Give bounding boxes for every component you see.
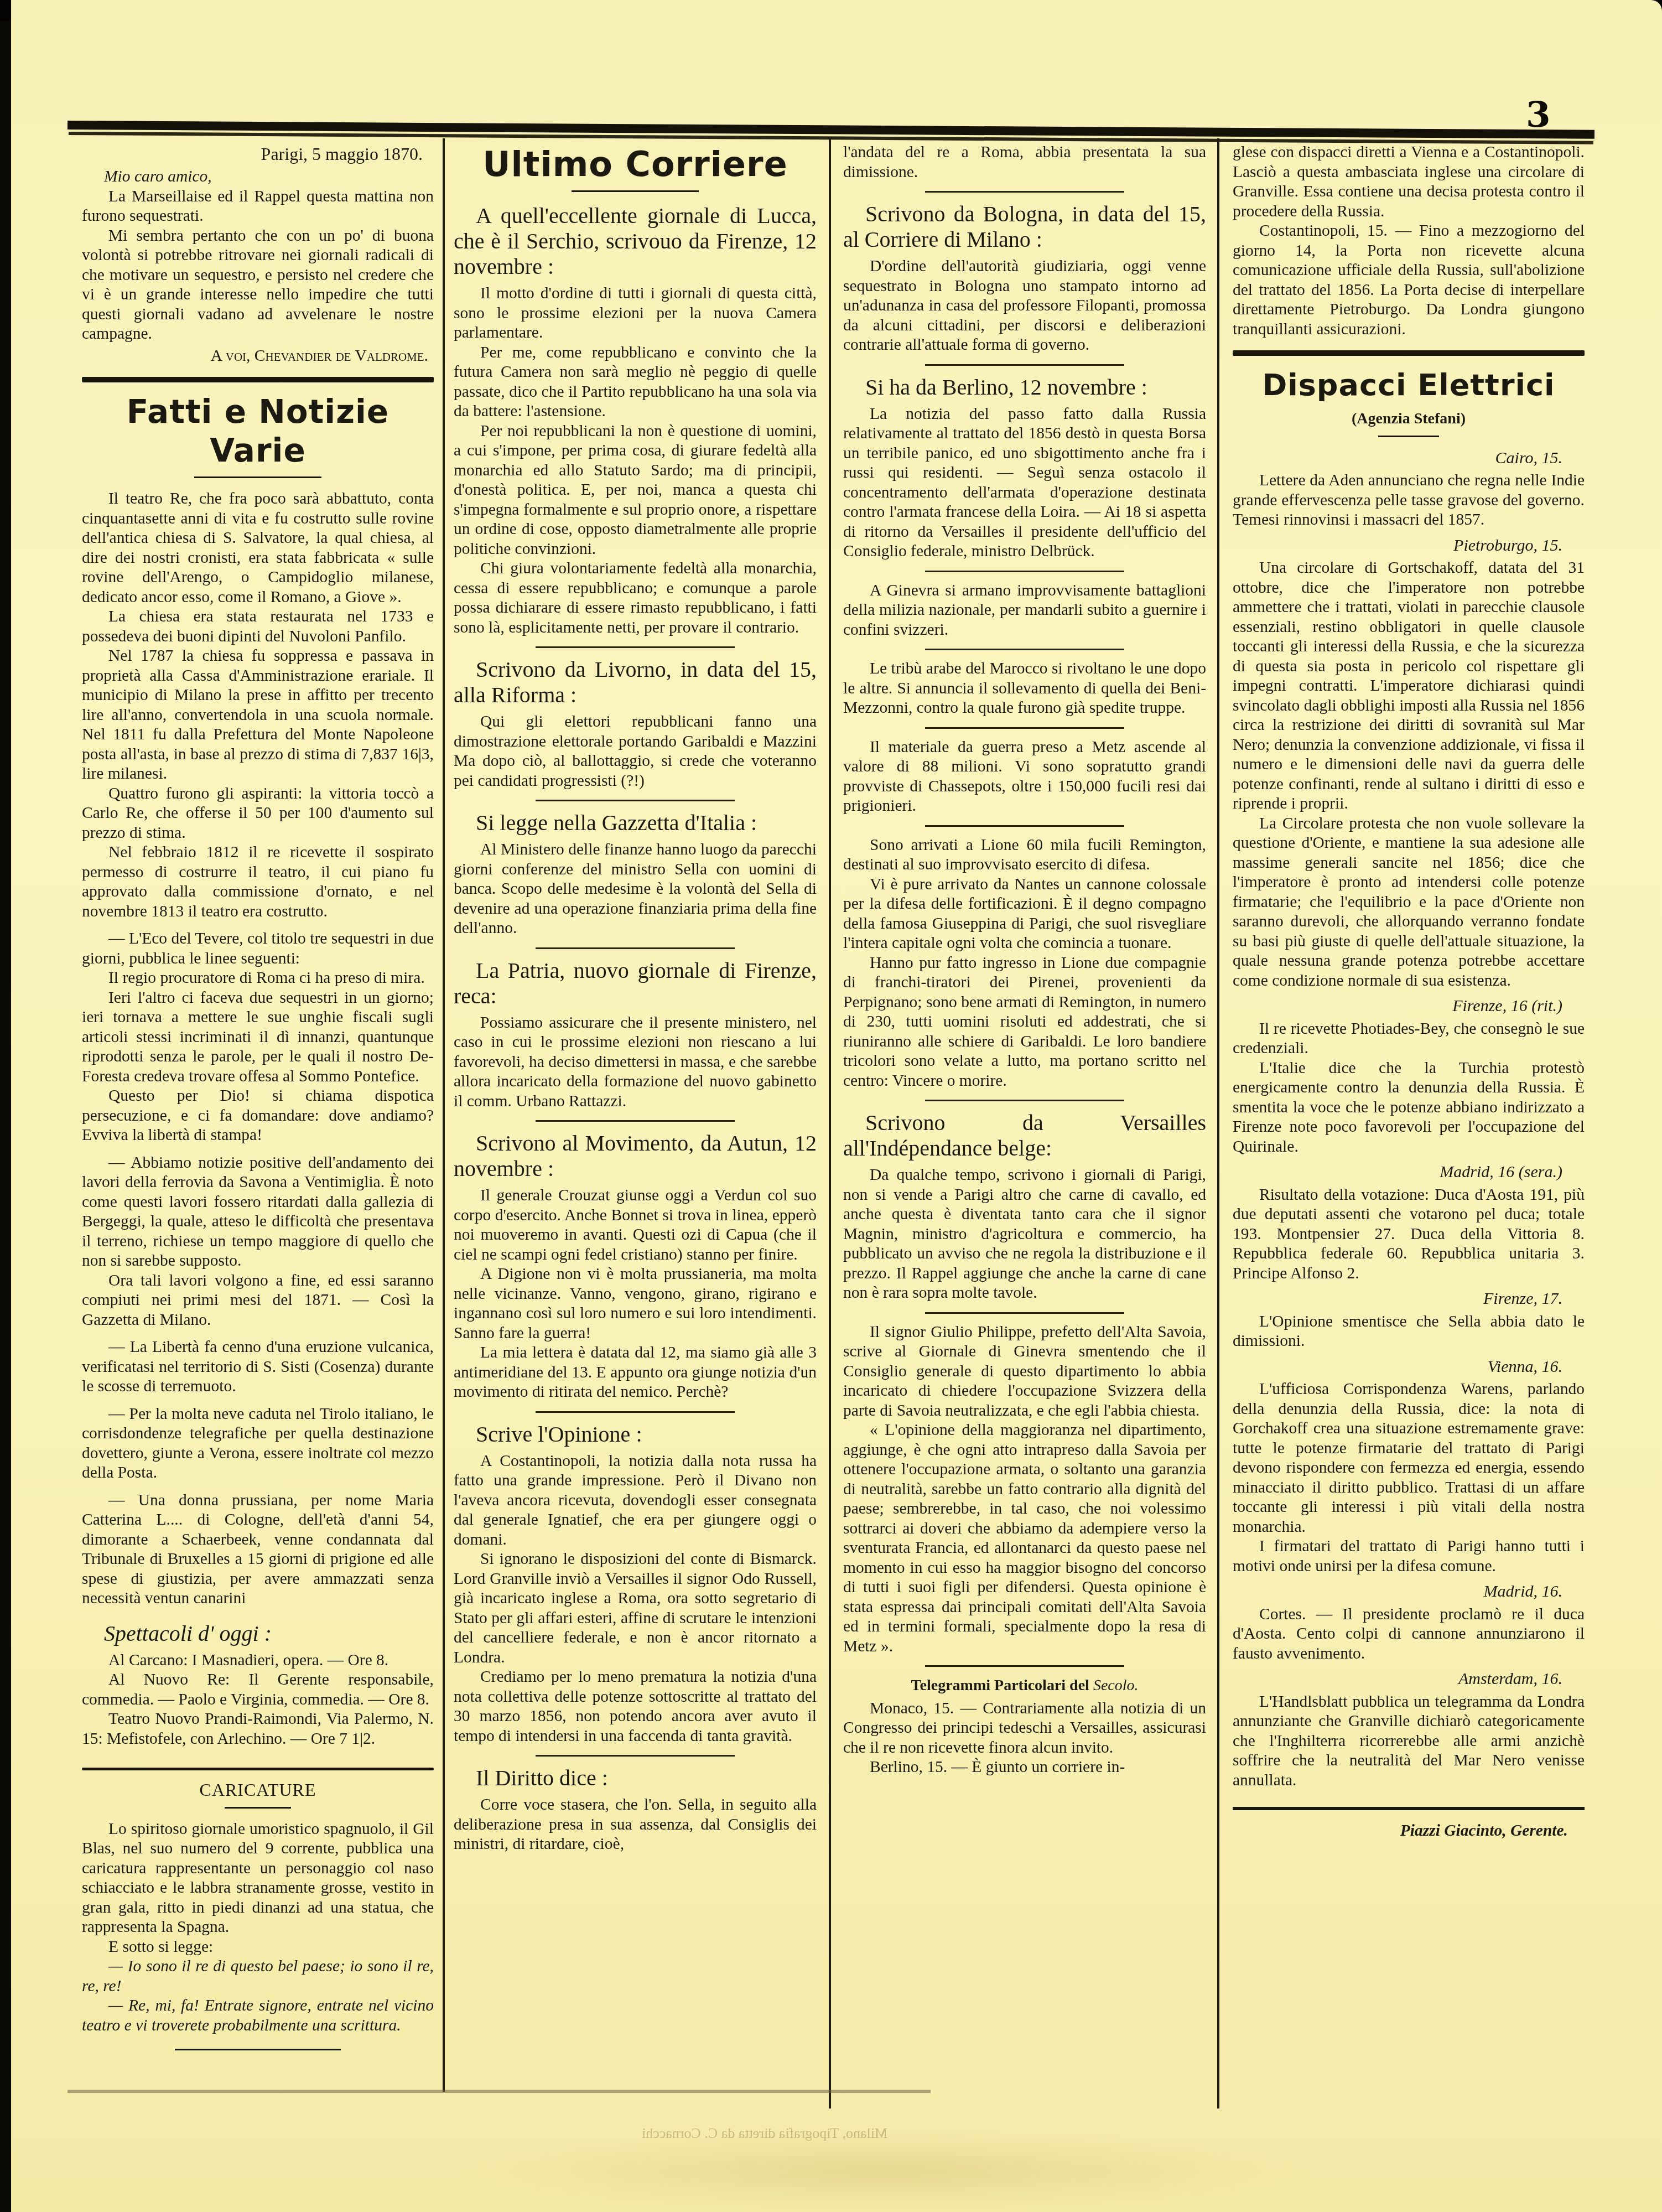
article-paragraph: La notizia del passo fatto dalla Russia … bbox=[843, 405, 1206, 562]
news-paragraph: — L'Eco del Tevere, col titolo tre seque… bbox=[82, 929, 434, 968]
section-rule bbox=[925, 1665, 1124, 1667]
paper-stain bbox=[443, 2131, 1328, 2212]
end-rule bbox=[1233, 1807, 1585, 1810]
article-heading: Scrivono da Livorno, in data del 15, all… bbox=[454, 657, 817, 708]
fatti-articles: Il teatro Re, che fra poco sarà abbattut… bbox=[82, 489, 434, 1609]
article-paragraph: Da qualche tempo, scrivono i giornali di… bbox=[843, 1165, 1206, 1303]
caricature-paragraph: — Io sono il re di questo bel paese; io … bbox=[82, 1957, 434, 1996]
article-heading: Scrivono da Bologna, in data del 15, al … bbox=[843, 201, 1206, 252]
dispatch-dateline: Cairo, 15. bbox=[1233, 448, 1562, 468]
dispatch-paragraph: La Circolare protesta che non vuole soll… bbox=[1233, 814, 1585, 991]
article-paragraph: Le tribù arabe del Marocco si rivoltano … bbox=[843, 659, 1206, 718]
dispatch-paragraph: L'Handlsblatt pubblica un telegramma da … bbox=[1233, 1692, 1585, 1791]
spettacolo-item: Teatro Nuovo Prandi-Raimondi, Via Palerm… bbox=[82, 1709, 434, 1749]
section-rule bbox=[536, 1411, 735, 1413]
article-paragraph: A Digione non vi è molta prussianeria, m… bbox=[454, 1265, 817, 1343]
section-rule bbox=[536, 1120, 735, 1122]
article-paragraph: Il signor Giulio Philippe, prefetto dell… bbox=[843, 1323, 1206, 1421]
section-rule bbox=[925, 571, 1124, 572]
article-heading: La Patria, nuovo giornale di Firenze, re… bbox=[454, 958, 817, 1009]
title-underline bbox=[194, 476, 321, 478]
article-paragraph: Al Ministero delle finanze hanno luogo d… bbox=[454, 840, 817, 939]
news-paragraph: — La Libertà fa cenno d'una eruzione vul… bbox=[82, 1338, 434, 1397]
news-paragraph: Ora tali lavori volgono a fine, ed essi … bbox=[82, 1271, 434, 1330]
column-divider-1 bbox=[443, 138, 445, 2092]
news-paragraph: La chiesa era stata restaurata nel 1733 … bbox=[82, 607, 434, 646]
dispacci-agency: (Agenzia Stefani) bbox=[1233, 409, 1585, 429]
section-rule bbox=[536, 646, 735, 648]
article-heading: Si legge nella Gazzetta d'Italia : bbox=[454, 810, 817, 836]
dispatch-dateline: Vienna, 16. bbox=[1233, 1357, 1562, 1377]
article-paragraph: La mia lettera è datata dal 12, ma siamo… bbox=[454, 1343, 817, 1402]
end-rule bbox=[175, 2049, 341, 2050]
letter-dateline: Parigi, 5 maggio 1870. bbox=[82, 143, 423, 165]
article-paragraph: Si ignorano le disposizioni del conte di… bbox=[454, 1550, 817, 1667]
letter-paragraph: La Marseillaise ed il Rappel questa matt… bbox=[82, 187, 434, 226]
article-heading: Scrive l'Opinione : bbox=[454, 1422, 817, 1447]
section-rule bbox=[1233, 350, 1585, 356]
caricature-article: Lo spiritoso giornale umoristico spagnuo… bbox=[82, 1820, 434, 2036]
article-heading: Il Diritto dice : bbox=[454, 1765, 817, 1791]
dispatch-dateline: Madrid, 16. bbox=[1233, 1582, 1562, 1602]
news-paragraph: — Per la molta neve caduta nel Tirolo it… bbox=[82, 1405, 434, 1483]
title-underline bbox=[225, 1807, 291, 1809]
dispatch-paragraph: L'Italie dice che la Turchia protestò en… bbox=[1233, 1059, 1585, 1157]
article-heading: Scrivono al Movimento, da Autun, 12 nove… bbox=[454, 1131, 817, 1182]
news-paragraph: Il regio procuratore di Roma ci ha preso… bbox=[82, 968, 434, 988]
news-paragraph: — Una donna prussiana, per nome Maria Ca… bbox=[82, 1491, 434, 1609]
ultimo-corriere-sections: A quell'eccellente giornale di Lucca, ch… bbox=[454, 203, 817, 1854]
column-4: glese con dispacci diretti a Vienna e a … bbox=[1233, 143, 1585, 2085]
dispatch-paragraph: Risultato della votazione: Duca d'Aosta … bbox=[1233, 1185, 1585, 1284]
article-paragraph: Il materiale da guerra preso a Metz asce… bbox=[843, 738, 1206, 816]
column-divider-3 bbox=[1217, 138, 1219, 2109]
section-rule bbox=[925, 364, 1124, 366]
section-rule bbox=[925, 1312, 1124, 1314]
telegram-item: Berlino, 15. — È giunto un corriere in- bbox=[843, 1758, 1206, 1778]
column-divider-2 bbox=[829, 138, 831, 2109]
dispatch-paragraph: Cortes. — Il presidente proclamò re il d… bbox=[1233, 1605, 1585, 1664]
news-paragraph: Nel febbraio 1812 il re ricevette il sos… bbox=[82, 843, 434, 921]
article-paragraph: Per noi repubblicani la non è questione … bbox=[454, 422, 817, 560]
dispacci-list: Cairo, 15.Lettere da Aden annunciano che… bbox=[1233, 448, 1585, 1791]
section-rule bbox=[925, 649, 1124, 650]
article-paragraph: Corre voce stasera, che l'on. Sella, in … bbox=[454, 1795, 817, 1854]
caricature-paragraph: — Re, mi, fa! Entrate signore, entrate n… bbox=[82, 1996, 434, 2035]
section-rule bbox=[536, 947, 735, 949]
article-paragraph: Possiamo assicurare che il presente mini… bbox=[454, 1013, 817, 1112]
column-1: Parigi, 5 maggio 1870. Mio caro amico, L… bbox=[82, 143, 434, 2085]
continuation-text: l'andata del re a Roma, abbia presentata… bbox=[843, 143, 1206, 182]
caricature-paragraph: Lo spiritoso giornale umoristico spagnuo… bbox=[82, 1820, 434, 1938]
news-paragraph: Nel 1787 la chiesa fu soppressa e passav… bbox=[82, 646, 434, 784]
section-title-ultimo-corriere: Ultimo Corriere bbox=[454, 145, 817, 184]
article-heading: Si ha da Berlino, 12 novembre : bbox=[843, 375, 1206, 400]
telegram-item: Monaco, 15. — Contrariamente alla notizi… bbox=[843, 1699, 1206, 1758]
spettacolo-item: Al Carcano: I Masnadieri, opera. — Ore 8… bbox=[82, 1651, 434, 1671]
dispatch-dateline: Madrid, 16 (sera.) bbox=[1233, 1162, 1562, 1182]
article-paragraph: Crediamo per lo meno prematura la notizi… bbox=[454, 1667, 817, 1746]
column-3: l'andata del re a Roma, abbia presentata… bbox=[843, 143, 1206, 2085]
caricature-paragraph: E sotto si legge: bbox=[82, 1938, 434, 1957]
news-paragraph: Questo per Dio! si chiama dispotica pers… bbox=[82, 1086, 434, 1146]
section-rule bbox=[82, 377, 434, 382]
article-paragraph: Hanno pur fatto ingresso in Lione due co… bbox=[843, 954, 1206, 1091]
article-paragraph: D'ordine dell'autorità giudiziaria, oggi… bbox=[843, 257, 1206, 355]
section-rule bbox=[925, 825, 1124, 827]
section-title-fatti: Fatti e Notizie Varie bbox=[82, 392, 434, 470]
dispatch-dateline: Pietroburgo, 15. bbox=[1233, 536, 1562, 556]
article-paragraph: Qui gli elettori repubblicani fanno una … bbox=[454, 712, 817, 791]
spettacoli-list: Al Carcano: I Masnadieri, opera. — Ore 8… bbox=[82, 1651, 434, 1749]
section-rule bbox=[82, 1768, 434, 1770]
section-title-dispacci: Dispacci Elettrici bbox=[1233, 366, 1585, 405]
section-rule bbox=[925, 727, 1124, 729]
title-underline bbox=[1378, 436, 1439, 437]
news-paragraph: Ieri l'altro ci faceva due sequestri in … bbox=[82, 988, 434, 1087]
article-paragraph: Sono arrivati a Lione 60 mila fucili Rem… bbox=[843, 836, 1206, 875]
section-rule bbox=[925, 1100, 1124, 1101]
section-rule bbox=[536, 1755, 735, 1757]
gerente-signature: Piazzi Giacinto, Gerente. bbox=[1233, 1821, 1568, 1841]
letter-salutation: Mio caro amico, bbox=[82, 167, 434, 187]
article-heading: A quell'eccellente giornale di Lucca, ch… bbox=[454, 203, 817, 279]
section-rule bbox=[925, 191, 1124, 193]
article-paragraph: « L'opinione della maggioranza nel dipar… bbox=[843, 1421, 1206, 1656]
spettacoli-title: Spettacoli d' oggi : bbox=[82, 1620, 434, 1648]
section-rule bbox=[536, 800, 735, 801]
news-paragraph: Il teatro Re, che fra poco sarà abbattut… bbox=[82, 489, 434, 607]
dispatch-paragraph: Lettere da Aden annunciano che regna nel… bbox=[1233, 471, 1585, 530]
article-paragraph: A Ginevra si armano improvvisamente batt… bbox=[843, 581, 1206, 640]
continuation-paragraph: glese con dispacci diretti a Vienna e a … bbox=[1233, 143, 1585, 221]
column-3-sections: Scrivono da Bologna, in data del 15, al … bbox=[843, 191, 1206, 1656]
news-paragraph: Quattro furono gli aspiranti: la vittori… bbox=[82, 784, 434, 843]
letter-signature: A voi, Chevandier de Valdrome. bbox=[82, 346, 428, 366]
dispatch-dateline: Firenze, 16 (rit.) bbox=[1233, 996, 1562, 1016]
dispatch-paragraph: L'Opinione smentisce che Sella abbia dat… bbox=[1233, 1312, 1585, 1351]
article-paragraph: Per me, come repubblicano e convinto che… bbox=[454, 343, 817, 422]
column-2: Ultimo Corriere A quell'eccellente giorn… bbox=[454, 143, 817, 2085]
continuation-paragraph: Costantinopoli, 15. — Fino a mezzogiorno… bbox=[1233, 221, 1585, 339]
dispatch-paragraph: I firmatari del trattato di Parigi hanno… bbox=[1233, 1537, 1585, 1576]
dispatch-paragraph: Il re ricevette Photiades-Bey, che conse… bbox=[1233, 1019, 1585, 1059]
article-paragraph: Vi è pure arrivato da Nantes un cannone … bbox=[843, 875, 1206, 954]
continuation-text: glese con dispacci diretti a Vienna e a … bbox=[1233, 143, 1585, 339]
bottom-rule bbox=[67, 2090, 931, 2093]
article-paragraph: Il motto d'ordine di tutti i giornali di… bbox=[454, 284, 817, 343]
dispatch-paragraph: L'ufficiosa Corrispondenza Warens, parla… bbox=[1233, 1380, 1585, 1537]
telegrammi-heading: Telegrammi Particolari del Secolo. bbox=[843, 1676, 1206, 1696]
telegrammi-list: Monaco, 15. — Contrariamente alla notizi… bbox=[843, 1699, 1206, 1778]
title-underline bbox=[572, 190, 699, 192]
dispatch-paragraph: Una circolare di Gortschakoff, datata de… bbox=[1233, 558, 1585, 814]
news-paragraph: — Abbiamo notizie positive dell'andament… bbox=[82, 1153, 434, 1271]
letter-paragraph: Mi sembra pertanto che con un po' di buo… bbox=[82, 226, 434, 344]
article-heading: Scrivono da Versailles all'Indépendance … bbox=[843, 1110, 1206, 1161]
telegrammi-heading-bold: Telegrammi Particolari del bbox=[911, 1677, 1089, 1694]
telegrammi-heading-italic: Secolo. bbox=[1093, 1677, 1139, 1694]
letter: Parigi, 5 maggio 1870. Mio caro amico, L… bbox=[82, 143, 434, 366]
dispatch-dateline: Firenze, 17. bbox=[1233, 1289, 1562, 1309]
article-paragraph: Chi giura volontariamente fedeltà alla m… bbox=[454, 559, 817, 638]
article-paragraph: A Costantinopoli, la notizia dalla nota … bbox=[454, 1452, 817, 1550]
section-title-caricature: CARICATURE bbox=[82, 1780, 434, 1800]
article-paragraph: Il generale Crouzat giunse oggi a Verdun… bbox=[454, 1186, 817, 1265]
spettacolo-item: Al Nuovo Re: Il Gerente responsabile, co… bbox=[82, 1670, 434, 1709]
dispatch-dateline: Amsterdam, 16. bbox=[1233, 1669, 1562, 1689]
